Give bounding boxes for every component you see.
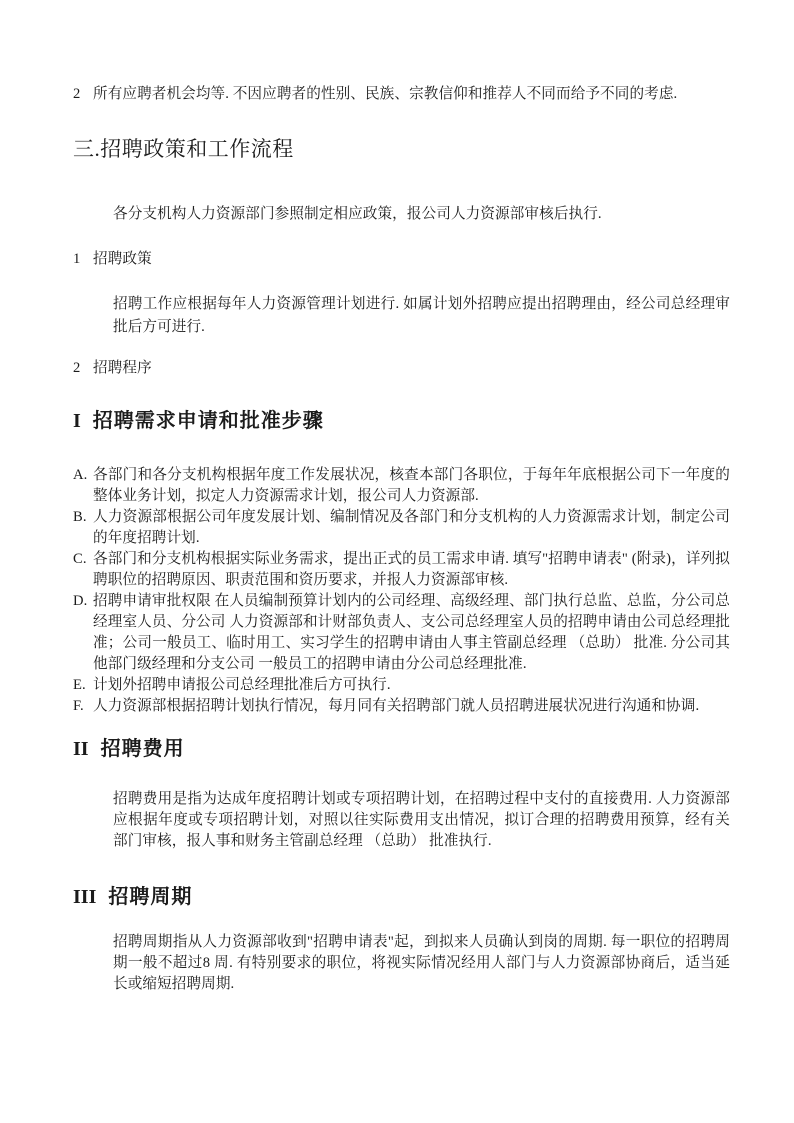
policy-paragraph: 招聘工作应根据每年人力资源管理计划进行. 如属计划外招聘应提出招聘理由，经公司总… <box>113 293 730 339</box>
item-letter: E. <box>73 675 93 696</box>
section-numeral: II <box>73 736 89 762</box>
recruitment-cycle-paragraph: 招聘周期指从人力资源部收到"招聘申请表"起，到拟来人员确认到岗的周期. 每一职位… <box>113 932 730 995</box>
section-title: 招聘需求申请和批准步骤 <box>93 408 324 434</box>
numbered-item-policy: 1 招聘政策 <box>73 249 730 270</box>
list-item-b: B. 人力资源部根据公司年度发展计划、编制情况及各部门和分支机构的人力资源需求计… <box>73 507 730 549</box>
list-item-e: E. 计划外招聘申请报公司总经理批准后方可执行. <box>73 675 730 696</box>
document-page: 2 所有应聘者机会均等. 不因应聘者的性别、民族、宗教信仰和推荐人不同而给予不同… <box>0 0 794 1123</box>
item-label: 招聘程序 <box>93 358 730 379</box>
item-letter: B. <box>73 507 93 528</box>
item-text: 招聘申请审批权限 在人员编制预算计划内的公司经理、高级经理、部门执行总监、总监，… <box>93 591 730 675</box>
chapter-title: 三.招聘政策和工作流程 <box>73 134 730 164</box>
item-letter: C. <box>73 549 93 570</box>
intro-paragraph: 各分支机构人力资源部门参照制定相应政策，报公司人力资源部审核后执行. <box>113 204 730 225</box>
approval-steps-list: A. 各部门和各分支机构根据年度工作发展状况，核查本部门各职位，于每年年底根据公… <box>73 465 730 717</box>
list-item-d: D. 招聘申请审批权限 在人员编制预算计划内的公司经理、高级经理、部门执行总监、… <box>73 591 730 675</box>
list-item-f: F. 人力资源部根据招聘计划执行情况，每月同有关招聘部门就人员招聘进展状况进行沟… <box>73 696 730 717</box>
item-letter: D. <box>73 591 93 612</box>
item-text: 各部门和各分支机构根据年度工作发展状况，核查本部门各职位，于每年年底根据公司下一… <box>93 465 730 507</box>
section-numeral: III <box>73 884 96 910</box>
list-item-c: C. 各部门和分支机构根据实际业务需求，提出正式的员工需求申请. 填写"招聘申请… <box>73 549 730 591</box>
item-number: 2 <box>73 358 93 379</box>
section-numeral: I <box>73 408 81 434</box>
equal-opportunity-item: 2 所有应聘者机会均等. 不因应聘者的性别、民族、宗教信仰和推荐人不同而给予不同… <box>73 84 730 105</box>
item-letter: A. <box>73 465 93 486</box>
item-letter: F. <box>73 696 93 717</box>
item-text: 人力资源部根据招聘计划执行情况，每月同有关招聘部门就人员招聘进展状况进行沟通和协… <box>93 696 730 717</box>
item-text: 各部门和分支机构根据实际业务需求，提出正式的员工需求申请. 填写"招聘申请表" … <box>93 549 730 591</box>
item-text: 人力资源部根据公司年度发展计划、编制情况及各部门和分支机构的人力资源需求计划，制… <box>93 507 730 549</box>
section-heading-1: I 招聘需求申请和批准步骤 <box>73 408 730 434</box>
item-number: 1 <box>73 249 93 270</box>
recruitment-cost-paragraph: 招聘费用是指为达成年度招聘计划或专项招聘计划，在招聘过程中支付的直接费用. 人力… <box>113 789 730 852</box>
section-title: 招聘费用 <box>101 736 185 762</box>
item-label: 招聘政策 <box>93 249 730 270</box>
item-text: 所有应聘者机会均等. 不因应聘者的性别、民族、宗教信仰和推荐人不同而给予不同的考… <box>93 84 730 105</box>
list-item-a: A. 各部门和各分支机构根据年度工作发展状况，核查本部门各职位，于每年年底根据公… <box>73 465 730 507</box>
section-title: 招聘周期 <box>108 884 192 910</box>
section-heading-3: III 招聘周期 <box>73 884 730 910</box>
numbered-item-procedure: 2 招聘程序 <box>73 358 730 379</box>
section-heading-2: II 招聘费用 <box>73 736 730 762</box>
item-number: 2 <box>73 84 93 105</box>
item-text: 计划外招聘申请报公司总经理批准后方可执行. <box>93 675 730 696</box>
